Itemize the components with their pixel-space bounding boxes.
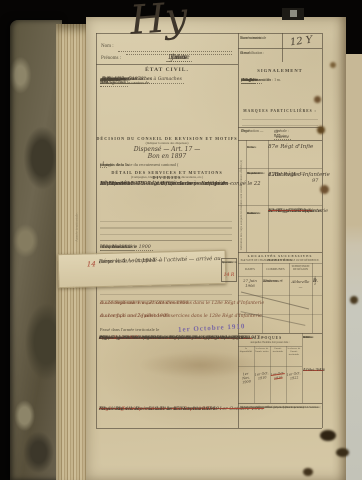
localites-col-communes: COMMUNES — [263, 267, 288, 271]
decision-subtitle: (Indiquer la nature des dispenses) — [96, 141, 238, 145]
epoques-top-rule — [238, 333, 322, 334]
corps-side-label: Indication des corps auxquels les hommes… — [239, 142, 243, 250]
blank-ruled-lines-2 — [100, 289, 232, 301]
localites-row1-subdivision: Abbeville — — [290, 279, 311, 289]
firstnames-value: Jules Émile Isidore — [126, 54, 232, 55]
slip-note: Réserviste — rappelé à l'activité — arri… — [99, 256, 223, 259]
matricule-inner-line — [282, 33, 283, 62]
segment: partie). — [100, 162, 113, 167]
line: 15 Oct. 1936 — [303, 368, 325, 373]
stain-spot — [314, 96, 321, 103]
frame-left — [96, 33, 97, 428]
segment: Gamaches — [100, 79, 128, 87]
localites-row1-date: 27 Juin 1906 — [239, 279, 261, 288]
controle-special-box: Numéroau contrôlespécial 14 R — [221, 258, 237, 282]
frame-top — [96, 33, 322, 34]
epoques-col1-header: la disponibilité — [239, 348, 253, 354]
services-subtitle: (Campagnes, blessures, actions d'éclat, … — [96, 175, 238, 179]
localites-col-subdivision: SUBDIVISION DE RÉGION — [290, 265, 311, 271]
etat-civil-rule — [96, 64, 238, 65]
slip-margin-number: 14 — [87, 260, 96, 268]
underlying-sheet — [346, 54, 362, 480]
corps-row2-note: 97 — [312, 178, 318, 184]
page-tab-clip — [290, 10, 297, 17]
territoriale-label: Passé dans l'armée territoriale le — [100, 327, 159, 332]
stain — [140, 352, 260, 378]
epoques-col2-header: la réserve de l'armée active — [255, 348, 269, 354]
line: N° 4 — E. M. Amiens — [268, 207, 322, 216]
line: 87e Régt d'Infie — [268, 144, 313, 151]
localites-header-rule — [238, 263, 322, 264]
marques-title: MARQUES PARTICULIÈRES : — [238, 109, 322, 113]
margin-vertical-text: Armée territoriale. — [74, 196, 79, 242]
matricule-divider — [238, 48, 322, 49]
epoques-subtitle: auxquelles l'homme doit passer dans : — [238, 341, 302, 344]
corps-inner-line-2 — [268, 140, 269, 252]
stain-spot — [336, 448, 349, 457]
line: active — [247, 146, 255, 150]
line: corps le 4 Août 1914 — — [99, 257, 163, 266]
epoques-title: ÉPOQUES — [238, 336, 302, 340]
localites-col-line-3 — [312, 263, 313, 333]
name-rule — [118, 51, 232, 52]
line: l'armée active — [247, 172, 265, 176]
epoques-col3-header: l'armée territoriale — [271, 348, 285, 354]
line: d'Abbeville — — [268, 172, 305, 179]
line: Amiens — [263, 279, 277, 284]
epoques-bottom-rule — [238, 403, 322, 404]
stain-spot — [320, 185, 329, 194]
page-edges — [56, 24, 90, 480]
instruction-top-rule — [238, 127, 322, 128]
stain-spot — [330, 62, 336, 68]
marques-blank-lines — [242, 114, 318, 126]
localites-subtitle: PAR SUITE DE CHANGEMENTS DE DOMICILE OU … — [238, 259, 322, 262]
line: N° au Rle 4 I. R. — L. 2 E. le 15 Octobr… — [99, 406, 216, 413]
pasted-slip: Réserviste — rappelé à l'activité — arri… — [58, 250, 227, 288]
name-label: Nom : — [101, 44, 114, 49]
stain-spot — [320, 430, 336, 441]
blank-ruled-lines — [100, 216, 232, 242]
surname-signature: Hy — [128, 0, 189, 44]
stain-spot — [350, 296, 358, 304]
register-page-photo: Nom : Hy Prénoms : Jules Émile Isidore N… — [0, 0, 362, 480]
line: D. — [313, 279, 318, 285]
line: militaire. — [303, 336, 312, 339]
epoques-col4-header: la réserve de l'armée territoriale — [287, 348, 301, 357]
instruction-bottom-rule — [238, 140, 322, 141]
stain-spot — [317, 126, 325, 134]
line: 1919 — se retire à Woincourt — Dépôt dém… — [99, 336, 258, 342]
line: sa réserve — [247, 212, 260, 216]
localites-col-dates: DATES — [239, 267, 261, 271]
corps-row-divider-1 — [238, 168, 322, 169]
segment: Isidore — [166, 54, 191, 62]
line: du 1er Juin au 17 Juillet 1908. — [100, 314, 170, 320]
stain-spot — [303, 468, 313, 476]
etat-civil-title: ÉTAT CIVIL. — [96, 67, 238, 73]
controle-value: 14 R — [222, 273, 236, 278]
decision-line2: Bon en 1897 — [96, 153, 238, 160]
segment: cent. (1) — [241, 77, 254, 83]
frame-bottom — [96, 428, 322, 429]
line: spécial — [222, 260, 231, 264]
firstnames-label: Prénoms : — [101, 56, 121, 61]
book-cover-edge — [10, 20, 62, 480]
segment: 1er Novembre 1900 — [100, 245, 153, 251]
decision-line1: Dispensé — Art. 17 — — [96, 146, 238, 153]
localites-top-rule — [238, 252, 322, 253]
line: « Accordé » — — [100, 181, 138, 188]
line: du 24 Septembre au 21 Octobre 1904. — [100, 301, 190, 307]
corps-inner-line-1 — [246, 140, 247, 252]
corps-row-divider-2 — [238, 205, 322, 206]
segment: . — [100, 245, 101, 250]
line: n'ayant pas passé les chiffres. (Marine.… — [240, 406, 304, 410]
localites-row-rule-0 — [238, 276, 322, 277]
signalement-title: SIGNALEMENT — [238, 68, 322, 73]
